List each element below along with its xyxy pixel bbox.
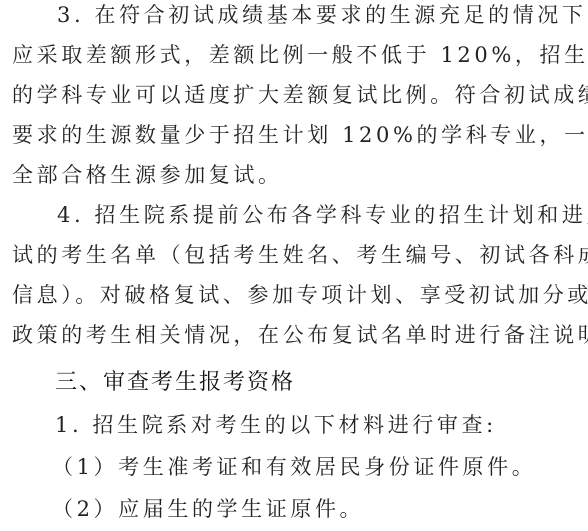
paragraph-3-line-5: 全部合格生源参加复试。	[12, 161, 283, 189]
paragraph-3-line-4: 要求的生源数量少于招生计划 120%的学科专业，一般应安排	[12, 121, 588, 149]
paragraph-4-line-1: 4. 招生院系提前公布各学科专业的招生计划和进入复	[57, 201, 588, 229]
section-item-1-sub-1: （1）考生准考证和有效居民身份证件原件。	[52, 453, 536, 481]
paragraph-4-line-3: 信息）。对破格复试、参加专项计划、享受初试加分或照顾	[12, 281, 588, 309]
section-item-1-sub-2: （2）应届生的学生证原件。	[52, 495, 364, 523]
paragraph-3-line-2: 应采取差额形式，差额比例一般不低于 120%，招生计划较少	[12, 41, 588, 69]
paragraph-3-line-3: 的学科专业可以适度扩大差额复试比例。符合初试成绩基本	[12, 81, 588, 109]
paragraph-4-line-4: 政策的考生相关情况，在公布复试名单时进行备注说明。	[12, 321, 588, 349]
paragraph-3-line-1: 3. 在符合初试成绩基本要求的生源充足的情况下，复试	[57, 1, 588, 29]
section-item-1: 1. 招生院系对考生的以下材料进行审查:	[55, 411, 497, 439]
section-heading: 三、审查考生报考资格	[55, 369, 295, 397]
paragraph-4-line-2: 试的考生名单（包括考生姓名、考生编号、初试各科成绩等	[12, 241, 588, 269]
